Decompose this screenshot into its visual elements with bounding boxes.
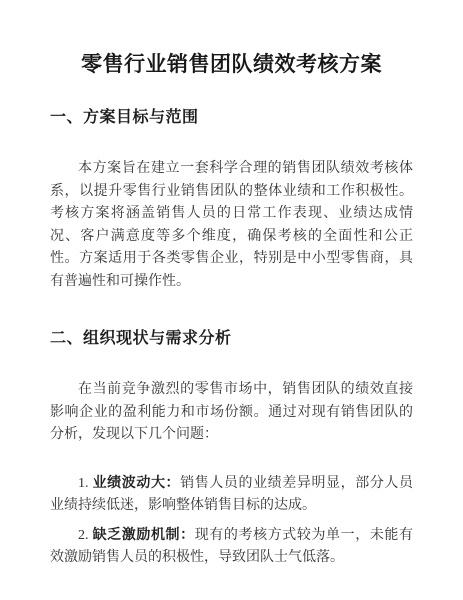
list-item-1: 1.业绩波动大：销售人员的业绩差异明显，部分人员业绩持续低迷，影响整体销售目标的… [50,473,413,518]
section-1-heading: 一、方案目标与范围 [50,110,413,126]
list-item-2: 2.缺乏激励机制：现有的考核方式较为单一，未能有效激励销售人员的积极性，导致团队… [50,525,413,570]
list-item-1-term: 业绩波动大： [92,476,180,491]
document-title: 零售行业销售团队绩效考核方案 [50,50,413,80]
list-item-2-term: 缺乏激励机制： [92,528,195,543]
document-page: 零售行业销售团队绩效考核方案 一、方案目标与范围 本方案旨在建立一套科学合理的销… [0,0,463,600]
list-item-1-number: 1. [78,476,89,491]
list-item-2-number: 2. [78,528,89,543]
section-2-heading: 二、组织现状与需求分析 [50,331,413,347]
section-1-paragraph: 本方案旨在建立一套科学合理的销售团队绩效考核体系，以提升零售行业销售团队的整体业… [50,158,413,293]
section-2-paragraph: 在当前竞争激烈的零售市场中，销售团队的绩效直接影响企业的盈利能力和市场份额。通过… [50,379,413,447]
